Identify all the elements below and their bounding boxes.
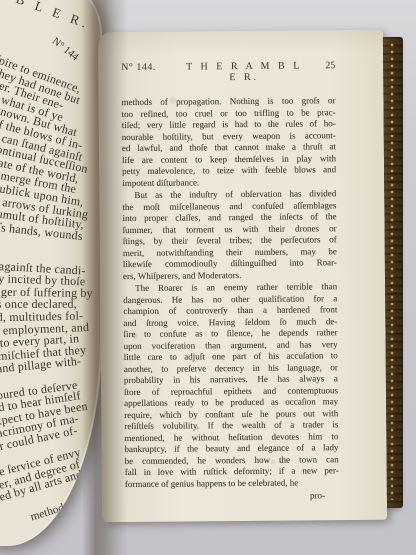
left-page-issue-fragment: N° 144 — [50, 36, 81, 63]
book-photo: M B L E R. N° 144 e that aſpire to emine… — [0, 0, 416, 555]
running-title: T H E R A M B L E R. — [179, 60, 309, 83]
paragraph: methods of propagation. Nothing is too g… — [121, 95, 336, 189]
right-page-catchword: pro- — [125, 490, 339, 502]
issue-number: N° 144. — [121, 62, 179, 74]
right-page: N° 144. T H E R A M B L E R. 25 methods … — [98, 30, 387, 522]
body-line: formance of genius happens to be celebra… — [125, 477, 339, 490]
body-line: impotent diſturbance. — [122, 176, 336, 189]
body-line: fall in love with ruſtick deformity; if … — [125, 465, 339, 478]
page-number: 25 — [309, 60, 335, 71]
left-page-running-title-fragment: M B L E R. — [0, 0, 92, 33]
paragraph: But as the induſtry of obſervation has d… — [122, 188, 337, 282]
left-page: M B L E R. N° 144 e that aſpire to emine… — [0, 0, 102, 546]
right-page-text: methods of propagation. Nothing is too g… — [121, 95, 338, 490]
body-line: ers, Whiſperers, and Moderators. — [123, 269, 337, 282]
right-page-content: N° 144. T H E R A M B L E R. 25 methods … — [98, 30, 387, 522]
body-line: likewiſe commodiouſly diſtinguiſhed into… — [123, 257, 337, 270]
paragraph: The Roarer is an enemy rather terrible t… — [123, 281, 339, 490]
gilt-tooling-dots — [389, 42, 395, 500]
right-page-header: N° 144. T H E R A M B L E R. 25 — [121, 60, 335, 84]
left-page-catchword: methods — [29, 501, 70, 524]
body-line: petty malevolence, to teize with feeble … — [122, 164, 336, 177]
